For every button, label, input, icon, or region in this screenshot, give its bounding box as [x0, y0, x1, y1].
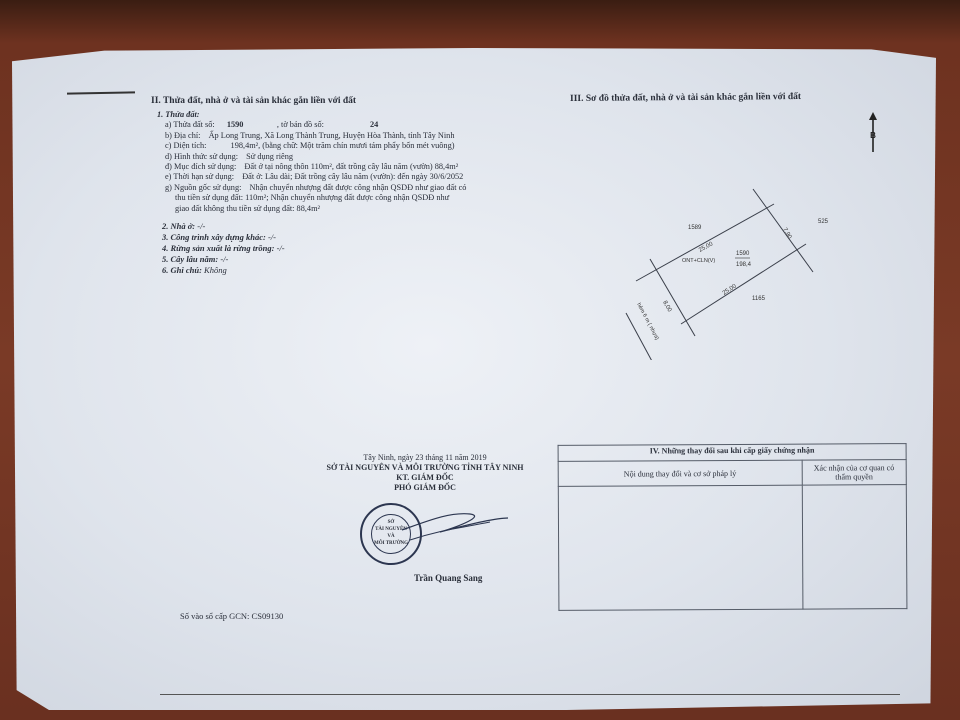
usage-term-label: e) Thời hạn sử dụng:: [165, 172, 234, 181]
usage-form-label: d) Hình thức sử dụng:: [165, 152, 238, 161]
usage-purpose-row: đ) Mục đích sử dụng: Đất ở tại nông thôn…: [157, 162, 466, 172]
item-notes: 6. Ghi chú: Không: [162, 265, 285, 276]
parcel-details: 1. Thửa đất: a) Thửa đất số: 1590 , tờ b…: [157, 110, 466, 214]
area-label: c) Diện tích:: [165, 141, 206, 150]
address-value: Ấp Long Trung, Xã Long Thành Trung, Huyệ…: [209, 131, 455, 140]
issuing-authority: SỞ TÀI NGUYÊN VÀ MÔI TRƯỜNG TỈNH TÂY NIN…: [300, 463, 550, 473]
item-planted-forest: 4. Rừng sản xuất là rừng trồng: -/-: [162, 243, 285, 254]
section-3-title: III. Sơ đồ thửa đất, nhà ở và tài sản kh…: [570, 92, 801, 104]
svg-text:25,00: 25,00: [722, 283, 738, 297]
item-other-construction: 3. Công trình xây dựng khác: -/-: [162, 232, 285, 243]
svg-text:1589: 1589: [688, 225, 702, 231]
registry-label: Số vào sổ cấp GCN:: [180, 611, 249, 621]
column-header-content: Nội dung thay đổi và cơ sở pháp lý: [558, 460, 802, 486]
parcel-number-value: 1590: [227, 120, 275, 129]
svg-text:B: B: [870, 131, 876, 140]
svg-text:525: 525: [818, 219, 829, 225]
registry-number: Số vào sổ cấp GCN: CS09130: [180, 611, 283, 621]
north-arrow-icon: B: [866, 112, 880, 152]
registry-value: CS09130: [252, 611, 284, 621]
parcel-diagram: 1589 525 1165 25,00 25,00 7,90 8,00 ONT+…: [600, 180, 850, 360]
changes-confirmation-cell: [802, 485, 907, 610]
changes-table: IV. Những thay đổi sau khi cấp giấy chứn…: [558, 443, 908, 611]
svg-text:8,00: 8,00: [661, 300, 672, 314]
origin-value-line3: giao đất không thu tiền sử dụng đất: 88,…: [157, 204, 466, 214]
address-label: b) Địa chỉ:: [165, 131, 200, 140]
map-sheet-value: 24: [370, 120, 378, 129]
other-items: 2. Nhà ở: -/- 3. Công trình xây dựng khá…: [162, 221, 285, 276]
certificate-page: [12, 48, 936, 710]
svg-text:hẻm 6 m ( nhựa): hẻm 6 m ( nhựa): [635, 302, 660, 341]
origin-row: g) Nguồn gốc sử dụng: Nhận chuyển nhượng…: [157, 183, 466, 193]
item-perennial-trees: 5. Cây lâu năm: -/-: [162, 254, 285, 265]
section-2-title: II. Thửa đất, nhà ở và tài sản khác gắn …: [151, 96, 356, 106]
usage-purpose-label: đ) Mục đích sử dụng:: [165, 162, 236, 171]
usage-form-row: d) Hình thức sử dụng: Sử dụng riêng: [157, 152, 466, 162]
signature-block: Tây Ninh, ngày 23 tháng 11 năm 2019 SỞ T…: [300, 452, 550, 493]
usage-form-value: Sử dụng riêng: [246, 152, 293, 161]
parcel-number-row: a) Thửa đất số: 1590 , tờ bản đồ số: 24: [157, 120, 466, 130]
svg-text:7,90: 7,90: [781, 227, 792, 241]
area-row: c) Diện tích: 198,4m², (bằng chữ: Một tr…: [157, 141, 466, 151]
usage-purpose-value: Đất ở tại nông thôn 110m², đất trồng cây…: [244, 162, 458, 171]
svg-text:198,4: 198,4: [736, 262, 752, 268]
origin-value-line1: Nhận chuyển nhượng đất được công nhận QS…: [249, 183, 466, 192]
usage-term-row: e) Thời hạn sử dụng: Đất ở: Lâu dài; Đất…: [157, 172, 466, 182]
parcel-number-label: a) Thửa đất số:: [165, 120, 215, 129]
svg-text:1590: 1590: [736, 251, 750, 257]
signer-name: Trần Quang Sang: [414, 573, 482, 583]
section-4-title: IV. Những thay đổi sau khi cấp giấy chứn…: [558, 444, 906, 462]
subsection-1-title: 1. Thửa đất:: [157, 110, 466, 120]
svg-text:25,00: 25,00: [698, 241, 715, 254]
signature-scribble-icon: [400, 500, 510, 550]
svg-text:ONT+CLN(V): ONT+CLN(V): [682, 258, 715, 264]
item-house: 2. Nhà ở: -/-: [162, 221, 285, 232]
issue-date: Tây Ninh, ngày 23 tháng 11 năm 2019: [300, 452, 550, 463]
map-sheet-label: , tờ bản đồ số:: [277, 120, 324, 129]
signer-role-2: PHÓ GIÁM ĐỐC: [300, 483, 550, 493]
address-row: b) Địa chỉ: Ấp Long Trung, Xã Long Thành…: [157, 131, 466, 141]
svg-text:1165: 1165: [752, 296, 766, 302]
origin-label: g) Nguồn gốc sử dụng:: [165, 183, 241, 192]
bottom-border-line: [160, 694, 900, 695]
origin-value-line2: thu tiền sử dụng đất: 110m²; Nhận chuyển…: [157, 193, 466, 203]
changes-content-cell: [558, 485, 802, 610]
signer-role-1: KT. GIÁM ĐỐC: [300, 473, 550, 483]
area-value: 198,4m², (bằng chữ: Một trăm chín mươi t…: [231, 141, 455, 150]
column-header-confirmation: Xác nhận của cơ quan có thẩm quyền: [802, 460, 907, 486]
usage-term-value: Đất ở: Lâu dài; Đất trồng cây lâu năm (v…: [242, 172, 463, 181]
